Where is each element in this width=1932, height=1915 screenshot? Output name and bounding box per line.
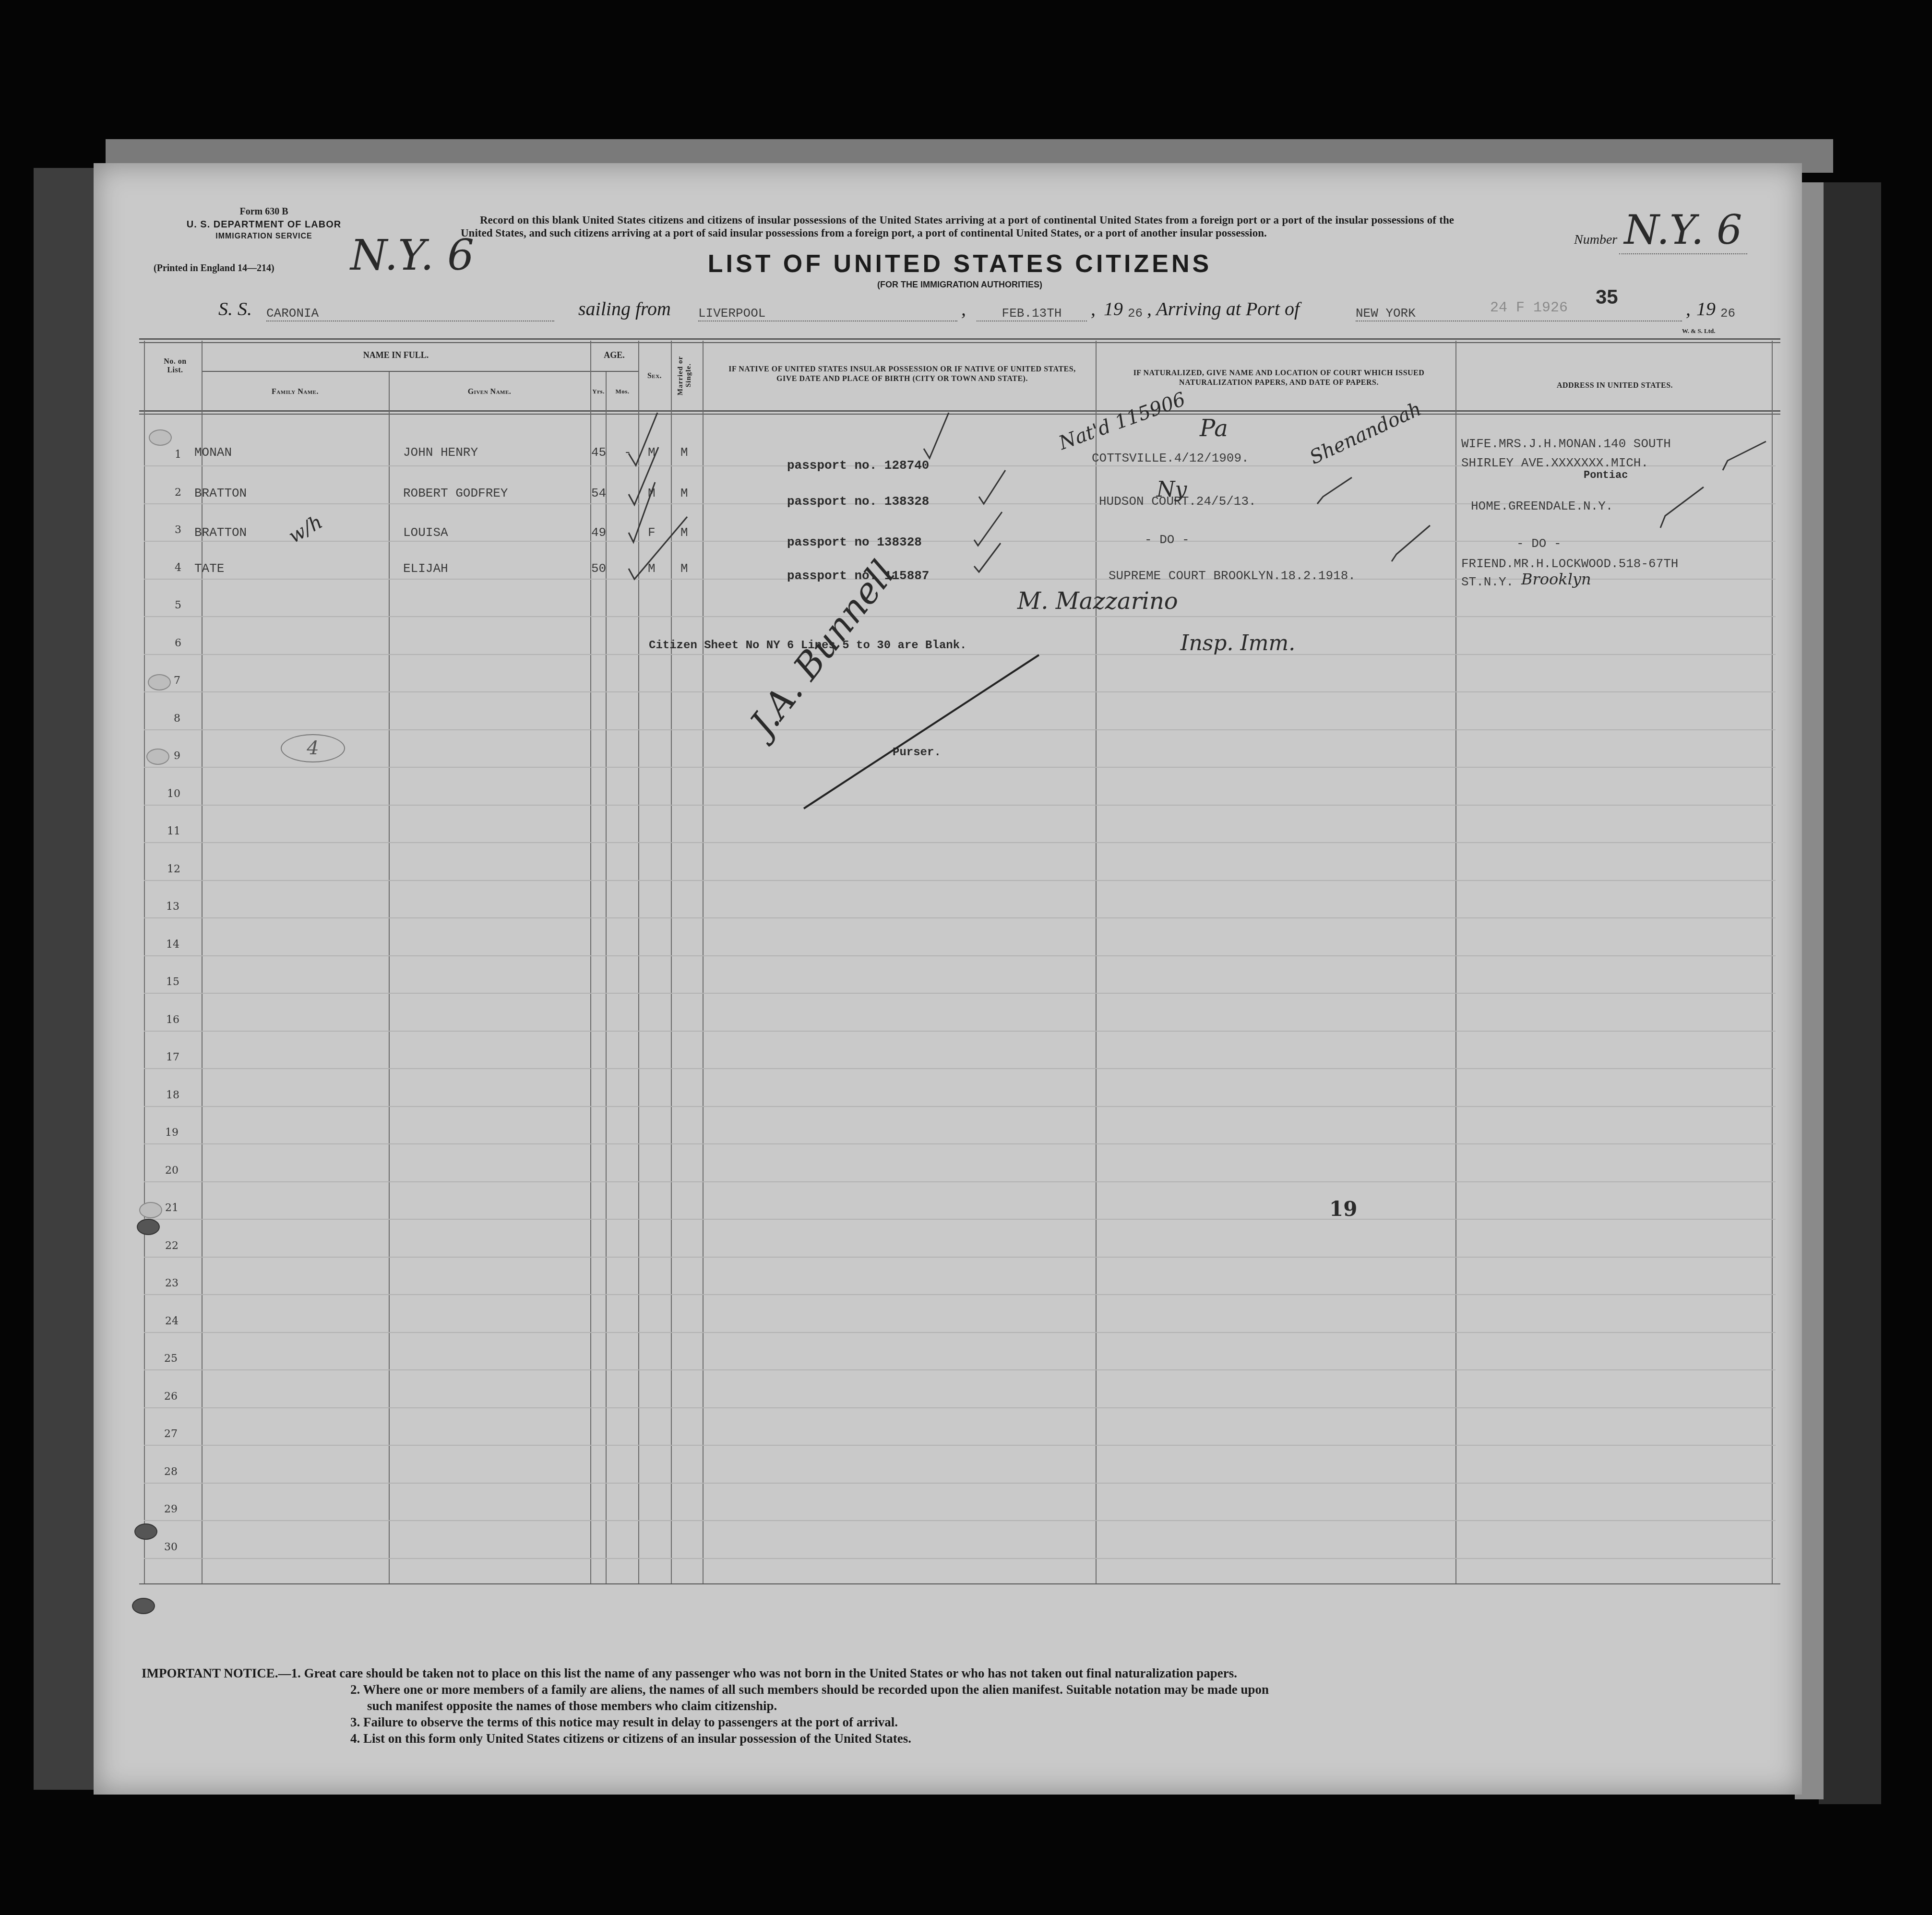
address-correction: Brooklyn [1521, 570, 1591, 588]
header-given-name: Given Name. [389, 388, 590, 396]
row-rule [144, 1219, 1776, 1220]
row-number: 19 [150, 1127, 179, 1139]
notice-item-2-cont: such manifest opposite the names of thos… [142, 1698, 1773, 1714]
header-married-or-single: Married or Single. [677, 343, 696, 408]
col-rule-yrs [606, 372, 607, 1583]
notice-item-3: 3. Failure to observe the terms of this … [142, 1714, 1773, 1730]
col-rule-sex [671, 341, 672, 1583]
given-name: ELIJAH [403, 561, 448, 576]
row-rule [144, 1257, 1776, 1258]
row-number: 17 [151, 1051, 179, 1063]
circled-count: 4 [281, 734, 345, 762]
row-rule [144, 1483, 1776, 1484]
row-rule [144, 616, 1776, 617]
ship-name: CARONIA [266, 306, 554, 321]
sex: F [648, 525, 656, 540]
sex: M [648, 445, 656, 460]
row-rule [144, 1106, 1776, 1107]
row-rule [144, 691, 1776, 692]
service: IMMIGRATION SERVICE [163, 232, 365, 241]
header-address: ADDRESS IN UNITED STATES. [1459, 381, 1771, 390]
page-title: LIST OF UNITED STATES CITIZENS [624, 250, 1296, 278]
important-notice: IMPORTANT NOTICE.— 1. Great care should … [142, 1665, 1773, 1747]
departure-port: LIVERPOOL [698, 306, 957, 321]
arrival-year-prefix: 19 [1696, 297, 1716, 320]
departure-date: FEB.13TH [977, 306, 1087, 321]
binder-hole [132, 1598, 155, 1614]
age-years: 54 [591, 486, 606, 500]
binder-hole [146, 749, 169, 765]
family-name: BRATTON [194, 486, 247, 500]
row-number: 22 [150, 1240, 179, 1252]
purser-label: Purser. [893, 746, 941, 759]
row-number: 27 [149, 1428, 178, 1440]
arriving-label: , Arriving at Port of [1147, 297, 1300, 320]
header-name-in-full: NAME IN FULL. [202, 350, 590, 360]
arrival-number-stamp: 35 [1596, 285, 1618, 309]
row-number: 6 [153, 637, 181, 649]
form-number: Form 630 B [163, 206, 365, 217]
binder-edge-right [1819, 182, 1881, 1804]
row-rule [144, 1369, 1776, 1370]
notice-item-4: 4. List on this form only United States … [142, 1730, 1773, 1747]
binder-hole [148, 674, 171, 690]
age-years: 50 [591, 561, 606, 576]
header-bottom-rule [139, 410, 1780, 412]
row-rule [144, 1294, 1776, 1295]
comma-2: , [1091, 297, 1096, 320]
row1-state-note: Pa [1200, 415, 1228, 442]
row-number: 20 [150, 1165, 179, 1177]
age-months: - [624, 445, 632, 460]
notice-item-2: 2. Where one or more members of a family… [142, 1681, 1773, 1698]
header-mos: Mos. [607, 388, 638, 395]
row-number: 29 [149, 1503, 178, 1515]
voyage-line: S. S. CARONIA sailing from LIVERPOOL , F… [218, 297, 1754, 331]
sex: M [648, 486, 656, 500]
row-rule [144, 1520, 1776, 1521]
col-rule-address [1772, 341, 1773, 1583]
given-name: JOHN HENRY [403, 445, 478, 460]
comma-1: , [961, 297, 966, 320]
row-rule [144, 1143, 1776, 1144]
marital-status: M [680, 486, 688, 500]
row-rule [144, 1558, 1776, 1559]
departure-year-prefix: 19 [1104, 297, 1123, 320]
intro-paragraph: Record on this blank United States citiz… [461, 214, 1454, 239]
form-meta: Form 630 B U. S. DEPARTMENT OF LABOR IMM… [163, 206, 365, 241]
arrival-date-stamp: 24 F 1926 [1490, 300, 1568, 316]
address-line-1: HOME.GREENDALE.N.Y. [1471, 499, 1613, 513]
row-rule [144, 1068, 1776, 1069]
row-number: 28 [149, 1466, 178, 1478]
header-sex: Sex. [638, 372, 671, 381]
number-value: N.Y. 6 [1619, 206, 1747, 254]
name-subheader-rule [202, 371, 638, 372]
row-number: 5 [153, 599, 181, 611]
row-rule [144, 1445, 1776, 1446]
header-age: AGE. [590, 350, 638, 360]
address-correction: Pontiac [1584, 469, 1628, 481]
intro-text: Record on this blank United States citiz… [461, 214, 1454, 239]
table-bottom-rule [139, 1583, 1780, 1584]
table-top-rule [139, 338, 1780, 340]
row-number: 16 [151, 1014, 179, 1026]
page-subtitle: (FOR THE IMMIGRATION AUTHORITIES) [768, 280, 1152, 290]
table-top-rule-2 [139, 342, 1780, 343]
row-rule [144, 955, 1776, 956]
comma-3: , [1686, 297, 1691, 320]
circled-count-value: 4 [307, 737, 319, 759]
binder-hole [137, 1219, 160, 1235]
given-name: LOUISA [403, 525, 448, 540]
address-line-1: WIFE.MRS.J.H.MONAN.140 SOUTH [1461, 437, 1671, 451]
manifest-page [94, 163, 1802, 1795]
binder-hole [149, 429, 172, 446]
departure-year-suffix: 26 [1128, 306, 1143, 321]
arrival-year-suffix: 26 [1720, 306, 1735, 321]
handwritten-sheet-id: N.Y. 6 [350, 230, 474, 280]
header-no-on-list: No. on List. [156, 357, 194, 375]
row-number: 1 [153, 449, 181, 461]
row-number: 2 [153, 487, 181, 499]
given-name: ROBERT GODFREY [403, 486, 508, 500]
row-number: 13 [151, 901, 179, 913]
row-number: 3 [153, 524, 181, 536]
printer-mark: W. & S. Ltd. [1682, 327, 1716, 335]
row-rule [144, 1407, 1776, 1408]
stamped-number: 19 [1329, 1197, 1357, 1221]
row-number: 23 [150, 1277, 179, 1289]
col-rule-naturalized [1455, 341, 1456, 1583]
passport-number: passport no. 138328 [787, 494, 929, 509]
binder-hole [139, 1202, 162, 1218]
row-rule [144, 654, 1776, 655]
inspector-title: Insp. Imm. [1181, 631, 1295, 655]
age-years: 49 [591, 525, 606, 540]
row2-state-note: Ny [1157, 477, 1187, 502]
row-rule [144, 880, 1776, 881]
naturalization-court: SUPREME COURT BROOKLYN.18.2.1918. [1109, 569, 1356, 583]
address-line-2: SHIRLEY AVE.XXXXXXX.MICH. [1461, 456, 1648, 470]
naturalization-court: - DO - [1145, 533, 1190, 547]
row-number: 18 [151, 1089, 179, 1101]
row-number: 8 [152, 713, 180, 725]
header-bottom-rule-2 [139, 414, 1780, 415]
header-yrs: Yrs. [590, 388, 607, 395]
row-rule [144, 993, 1776, 994]
family-name: MONAN [194, 445, 232, 460]
header-native-info: IF NATIVE OF UNITED STATES INSULAR POSSE… [720, 365, 1085, 384]
passport-number: passport no 138328 [787, 535, 922, 549]
marital-status: M [680, 445, 688, 460]
row-rule [144, 805, 1776, 806]
family-name: TATE [194, 561, 224, 576]
printed-note: (Printed in England 14—214) [154, 263, 274, 274]
row-rule [144, 767, 1776, 768]
row-number: 26 [149, 1391, 178, 1403]
notice-item-1: 1. Great care should be taken not to pla… [291, 1665, 1237, 1681]
notice-label: IMPORTANT NOTICE.— [142, 1665, 291, 1681]
row-number: 25 [149, 1353, 178, 1365]
sex: M [648, 561, 656, 576]
col-rule-native [1096, 341, 1097, 1583]
address-line-2: ST.N.Y. [1461, 575, 1514, 589]
row-rule [144, 842, 1776, 843]
number-field: Number N.Y. 6 [1574, 206, 1814, 253]
row-number: 24 [150, 1315, 179, 1327]
row-rule [144, 1332, 1776, 1333]
family-name: BRATTON [194, 525, 247, 540]
row-number: 30 [149, 1541, 178, 1553]
row-rule [144, 917, 1776, 918]
inspector-signature: M. Mazzarino [1017, 588, 1178, 615]
age-years: 45 [591, 445, 606, 460]
row-number: 10 [152, 788, 180, 800]
department: U. S. DEPARTMENT OF LABOR [163, 219, 365, 230]
binder-edge-left [34, 168, 96, 1790]
binder-hole [134, 1523, 157, 1540]
header-naturalized-info: IF NATURALIZED, GIVE NAME AND LOCATION O… [1113, 369, 1444, 388]
row-number: 14 [151, 939, 179, 951]
passport-number: passport no. 128740 [787, 458, 929, 473]
row-number: 4 [153, 562, 181, 574]
row-rule [144, 1181, 1776, 1182]
sailing-from-label: sailing from [578, 297, 671, 320]
number-label: Number [1574, 232, 1617, 247]
row-number: 12 [152, 863, 180, 875]
naturalization-court: COTTSVILLE.4/12/1909. [1092, 451, 1249, 465]
address-line-1: FRIEND.MR.H.LOCKWOOD.518-67TH [1461, 557, 1678, 571]
col-rule-marital [703, 341, 704, 1583]
row-rule [144, 729, 1776, 730]
col-rule-family [389, 372, 390, 1583]
row-rule [144, 1031, 1776, 1032]
header-family-name: Family Name. [202, 388, 389, 396]
marital-status: M [680, 561, 688, 576]
ss-label: S. S. [218, 297, 252, 320]
row-number: 11 [152, 825, 180, 837]
marital-status: M [680, 525, 688, 540]
col-rule-mos [638, 341, 639, 1583]
col-rule-no-left [144, 341, 145, 1583]
address-line-1: - DO - [1516, 536, 1562, 551]
row-number: 15 [151, 976, 179, 988]
